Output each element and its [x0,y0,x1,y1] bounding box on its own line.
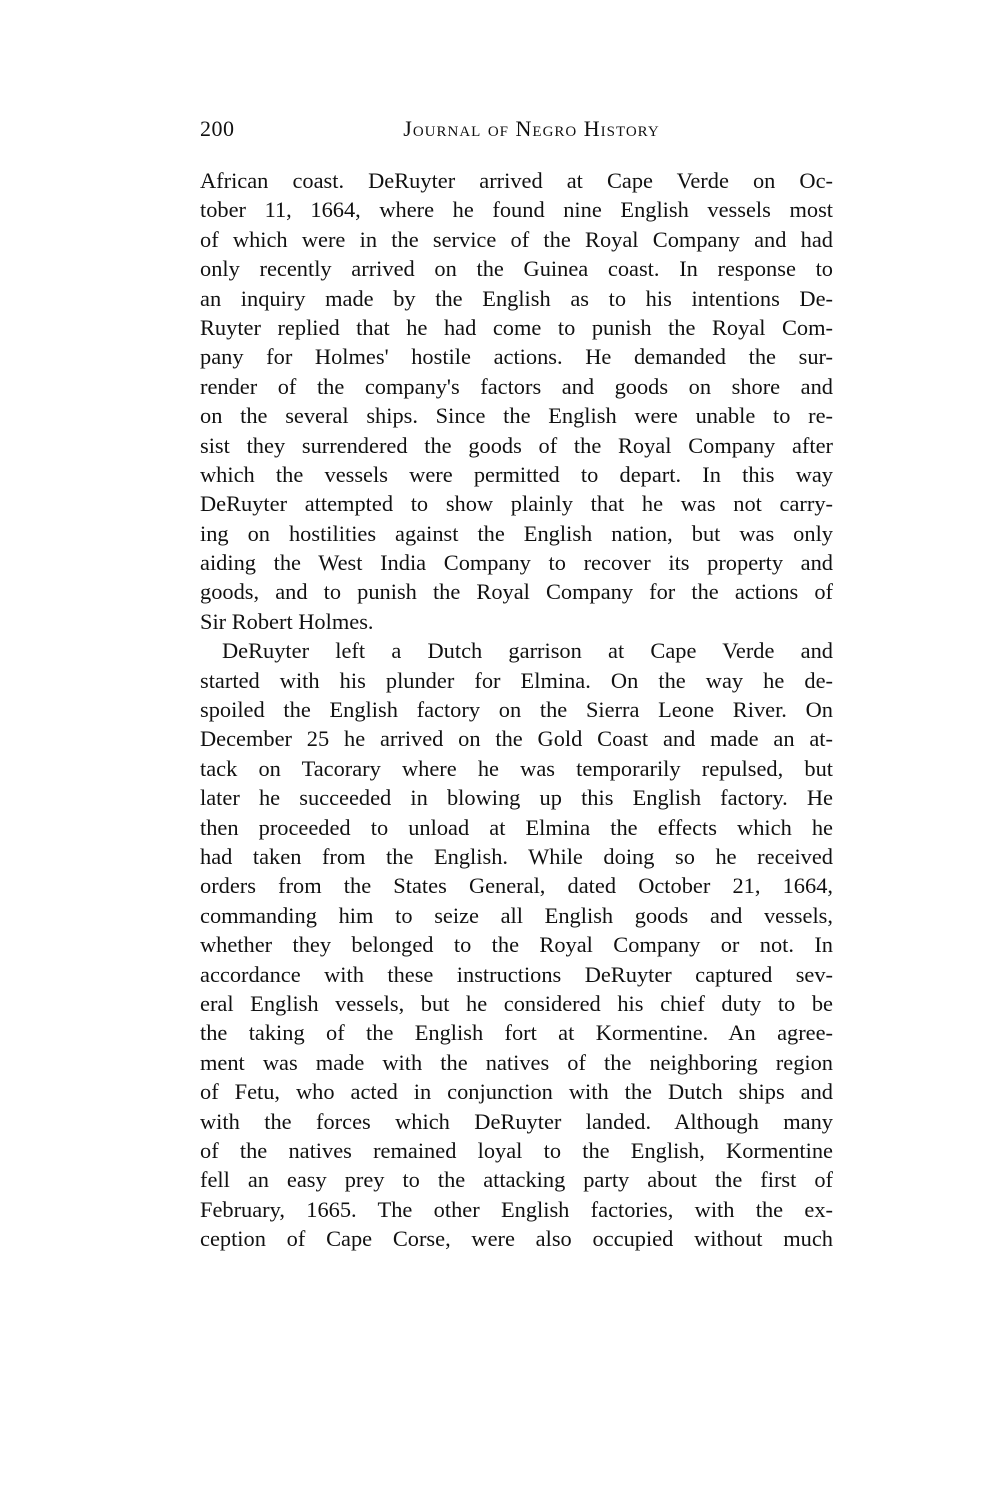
text-line: only recently arrived on the Guinea coas… [200,254,833,283]
text-line: then proceeded to unload at Elmina the e… [200,813,833,842]
text-line: fell an easy prey to the attacking party… [200,1165,833,1194]
text-line: whether they belonged to the Royal Compa… [200,930,833,959]
text-line: of Fetu, who acted in conjunction with t… [200,1077,833,1106]
text-line: pany for Holmes' hostile actions. He dem… [200,342,833,371]
text-line: ing on hostilities against the English n… [200,519,833,548]
text-line: started with his plunder for Elmina. On … [200,666,833,695]
text-line: tober 11, 1664, where he found nine Engl… [200,195,833,224]
text-line: had taken from the English. While doing … [200,842,833,871]
text-line: orders from the States General, dated Oc… [200,871,833,900]
text-line: Ruyter replied that he had come to punis… [200,313,833,342]
text-line: of which were in the service of the Roya… [200,225,833,254]
text-line: sist they surrendered the goods of the R… [200,431,833,460]
text-line: goods, and to punish the Royal Company f… [200,577,833,606]
text-line: eral English vessels, but he considered … [200,989,833,1018]
text-line: ception of Cape Corse, were also occupie… [200,1224,833,1253]
text-line: an inquiry made by the English as to his… [200,284,833,313]
text-line: spoiled the English factory on the Sierr… [200,695,833,724]
text-line: African coast. DeRuyter arrived at Cape … [200,166,833,195]
text-line: render of the company's factors and good… [200,372,833,401]
text-line: accordance with these instructions DeRuy… [200,960,833,989]
text-line: of the natives remained loyal to the Eng… [200,1136,833,1165]
running-head: 200 Journal of Negro History [200,112,833,146]
text-line: on the several ships. Since the English … [200,401,833,430]
text-line: later he succeeded in blowing up this En… [200,783,833,812]
text-line: commanding him to seize all English good… [200,901,833,930]
text-line: DeRuyter left a Dutch garrison at Cape V… [200,636,833,665]
journal-title: Journal of Negro History [200,116,833,142]
text-line: ment was made with the natives of the ne… [200,1048,833,1077]
text-line: December 25 he arrived on the Gold Coast… [200,724,833,753]
paragraph-1: African coast. DeRuyter arrived at Cape … [200,166,833,636]
book-page: 200 Journal of Negro History African coa… [200,112,833,1253]
text-line: tack on Tacorary where he was temporaril… [200,754,833,783]
paragraph-2: DeRuyter left a Dutch garrison at Cape V… [200,636,833,1253]
text-line: aiding the West India Company to recover… [200,548,833,577]
text-line: with the forces which DeRuyter landed. A… [200,1107,833,1136]
text-line: the taking of the English fort at Kormen… [200,1018,833,1047]
text-line: DeRuyter attempted to show plainly that … [200,489,833,518]
text-line: February, 1665. The other English factor… [200,1195,833,1224]
text-line: which the vessels were permitted to depa… [200,460,833,489]
body-text: African coast. DeRuyter arrived at Cape … [200,166,833,1253]
text-line: Sir Robert Holmes. [200,607,833,636]
